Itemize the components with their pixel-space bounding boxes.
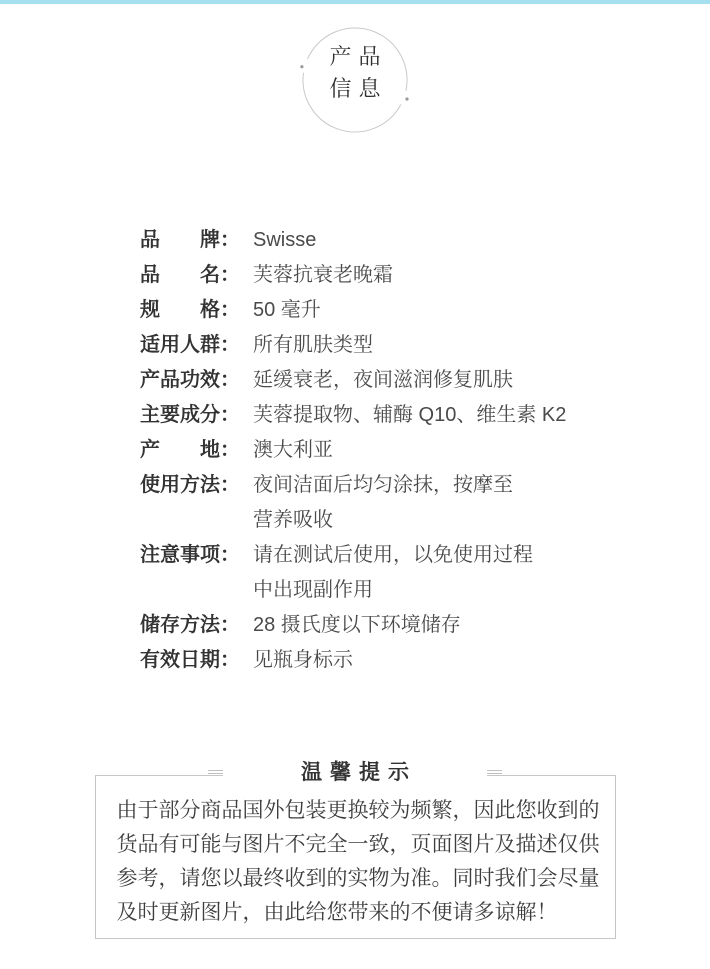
spec-label: 产品功效：: [140, 363, 240, 398]
tips-text-line: 参考，请您以最终收到的实物为准。同时我们会尽量: [117, 862, 603, 896]
spec-row-origin: 产地： 澳大利亚: [140, 433, 710, 468]
tips-box: 温馨提示 由于部分商品国外包装更换较为频繁，因此您收到的 货品有可能与图片不完全…: [95, 775, 616, 939]
spec-row-audience: 适用人群： 所有肌肤类型: [140, 328, 710, 363]
spec-row-usage: 使用方法： 夜间洁面后均匀涂抹，按摩至 营养吸收: [140, 468, 710, 538]
product-detail-page: 产品 信息 品牌： Swisse 品名： 芙蓉抗衰老晚霜 规格： 50 毫升 适…: [0, 0, 710, 939]
spec-label: 有效日期：: [140, 643, 240, 678]
product-spec-list: 品牌： Swisse 品名： 芙蓉抗衰老晚霜 规格： 50 毫升 适用人群： 所…: [140, 223, 710, 678]
spec-value: 所有肌肤类型: [253, 328, 373, 363]
tips-text-line: 货品有可能与图片不完全一致，页面图片及描述仅供: [117, 828, 603, 862]
label-colon: ：: [220, 223, 240, 258]
tips-header: 温馨提示: [96, 763, 615, 787]
spec-value: 延缓衰老，夜间滋润修复肌肤: [253, 363, 513, 398]
product-info-badge: 产品 信息: [300, 25, 410, 135]
spec-row-expiry: 有效日期： 见瓶身标示: [140, 643, 710, 678]
spec-value: 见瓶身标示: [253, 643, 353, 678]
spec-value: 芙蓉提取物、辅酶 Q10、维生素 K2: [253, 398, 566, 433]
tips-text-line: 及时更新图片，由此给您带来的不便请多谅解！: [117, 896, 603, 930]
spec-value: 28 摄氏度以下环境储存: [253, 608, 461, 643]
badge-title: 产品 信息: [300, 25, 410, 135]
label-colon: ：: [220, 398, 240, 433]
spec-value: 澳大利亚: [253, 433, 333, 468]
spec-label: 注意事项：: [140, 538, 240, 608]
label-colon: ：: [220, 363, 240, 398]
tips-text-line: 由于部分商品国外包装更换较为频繁，因此您收到的: [117, 794, 603, 828]
spec-row-effect: 产品功效： 延缓衰老，夜间滋润修复肌肤: [140, 363, 710, 398]
spec-row-cautions: 注意事项： 请在测试后使用，以免使用过程 中出现副作用: [140, 538, 710, 608]
spec-label: 产地：: [140, 433, 240, 468]
spec-row-ingredients: 主要成分： 芙蓉提取物、辅酶 Q10、维生素 K2: [140, 398, 710, 433]
tips-body: 由于部分商品国外包装更换较为频繁，因此您收到的 货品有可能与图片不完全一致，页面…: [96, 775, 615, 938]
label-colon: ：: [220, 258, 240, 293]
spec-value: 请在测试后使用，以免使用过程 中出现副作用: [253, 538, 533, 608]
spec-value: Swisse: [253, 223, 316, 258]
spec-row-brand: 品牌： Swisse: [140, 223, 710, 258]
spec-label: 使用方法：: [140, 468, 240, 538]
spec-label: 适用人群：: [140, 328, 240, 363]
tips-header-line-right: [487, 775, 615, 776]
spec-row-name: 品名： 芙蓉抗衰老晚霜: [140, 258, 710, 293]
tips-header-line-left: [96, 775, 224, 776]
label-colon: ：: [220, 433, 240, 468]
label-colon: ：: [220, 538, 240, 608]
top-accent-bar: [0, 0, 710, 4]
badge-title-line2: 信息: [322, 73, 387, 105]
spec-label: 主要成分：: [140, 398, 240, 433]
badge-title-line1: 产品: [322, 41, 387, 73]
spec-value: 夜间洁面后均匀涂抹，按摩至 营养吸收: [253, 468, 513, 538]
spec-label: 储存方法：: [140, 608, 240, 643]
spec-label: 规格：: [140, 293, 240, 328]
label-colon: ：: [220, 608, 240, 643]
spec-label: 品牌：: [140, 223, 240, 258]
label-colon: ：: [220, 293, 240, 328]
spec-label: 品名：: [140, 258, 240, 293]
label-colon: ：: [220, 643, 240, 678]
label-colon: ：: [220, 328, 240, 363]
spec-value: 50 毫升: [253, 293, 321, 328]
spec-value: 芙蓉抗衰老晚霜: [253, 258, 393, 293]
label-colon: ：: [220, 468, 240, 538]
spec-row-storage: 储存方法： 28 摄氏度以下环境储存: [140, 608, 710, 643]
tips-title: 温馨提示: [293, 756, 417, 786]
spec-row-size: 规格： 50 毫升: [140, 293, 710, 328]
